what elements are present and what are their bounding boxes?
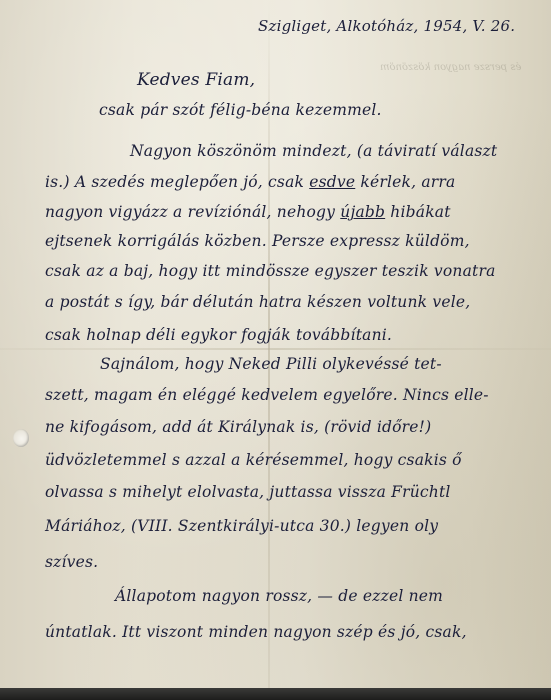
body-line: szett, magam én eléggé kedvelem egyelőre… <box>45 386 489 404</box>
letter-paper: és persze nagyon köszönöm Szigliget, Alk… <box>0 0 551 688</box>
body-line: is.) A szedés meglepően jó, csak esdve k… <box>45 173 455 191</box>
body-line: szíves. <box>45 553 98 571</box>
body-line: ne kifogásom, add át Királynak is, (rövi… <box>45 418 431 436</box>
bleed-through-text: és persze nagyon köszönöm <box>380 62 521 73</box>
body-line-text: is.) A szedés meglepően jó, csak <box>45 173 304 191</box>
body-line: a postát s így, bár délután hatra készen… <box>45 293 470 311</box>
body-line: csak pár szót félig-béna kezemmel. <box>99 101 382 119</box>
body-line-text: nagyon vigyázz a revíziónál, nehogy <box>45 203 335 221</box>
underlined-word: esdve <box>309 173 355 191</box>
punch-hole <box>13 429 29 447</box>
body-line: üdvözletemmel s azzal a kérésemmel, hogy… <box>45 451 462 469</box>
body-line-text: hibákat <box>390 203 450 221</box>
body-line: Máriához, (VIII. Szentkirályi-utca 30.) … <box>45 517 438 535</box>
body-line: Sajnálom, hogy Neked Pilli olykevéssé te… <box>100 355 442 373</box>
body-line: ejtsenek korrigálás közben. Persze expre… <box>45 232 470 250</box>
body-line: úntatlak. Itt viszont minden nagyon szép… <box>45 623 467 641</box>
letter-salutation: Kedves Fiam, <box>137 70 255 90</box>
underlined-word: újabb <box>340 203 385 221</box>
body-line: Állapotom nagyon rossz, — de ezzel nem <box>115 587 443 605</box>
body-line: olvassa s mihelyt elolvasta, juttassa vi… <box>45 483 451 501</box>
background-surface <box>0 688 551 700</box>
letter-dateline: Szigliget, Alkotóház, 1954, V. 26. <box>258 17 515 35</box>
horizontal-fold-crease <box>0 348 551 350</box>
body-line: Nagyon köszönöm mindezt, (a táviratí vál… <box>130 142 497 160</box>
body-line: csak holnap déli egykor fogják továbbíta… <box>45 326 392 344</box>
body-line: nagyon vigyázz a revíziónál, nehogy újab… <box>45 203 451 221</box>
body-line-text: kérlek, arra <box>360 173 455 191</box>
body-line: csak az a baj, hogy itt mindössze egysze… <box>45 262 496 280</box>
